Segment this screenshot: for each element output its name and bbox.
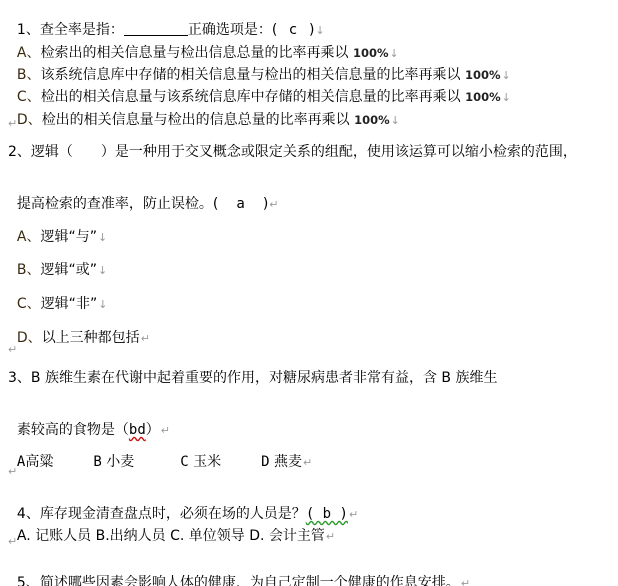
option-percent: 100% xyxy=(465,90,501,104)
paragraph-mark: ↵ xyxy=(349,508,358,521)
paragraph-mark: ↵ xyxy=(269,198,278,211)
line-break-mark: ↓ xyxy=(502,91,511,104)
option-letter: D、 xyxy=(17,330,42,346)
paragraph-mark: ↵ xyxy=(8,117,17,130)
paragraph-mark: ↵ xyxy=(141,332,150,345)
q5-stem: 5、简述哪些因素会影响人体的健康，为自己定制一个健康的作息安排。↵ xyxy=(8,556,470,586)
option-letter: C、 xyxy=(17,296,41,312)
option-letter: B、 xyxy=(17,262,41,278)
paragraph-mark: ↵ xyxy=(461,577,470,586)
q2-option-c: C、逻辑“非”↓ xyxy=(8,277,107,314)
option-letter: C xyxy=(180,454,188,470)
q2-answer: a xyxy=(236,196,244,212)
q2-option-d: D、以上三种都包括↵ xyxy=(8,311,150,348)
q2-close: ) xyxy=(263,196,268,212)
option-text: 逻辑“非” xyxy=(41,296,98,312)
option-text: 小麦 xyxy=(106,454,134,470)
option-text: 高粱 xyxy=(25,454,53,470)
q4-options-text: A. 记账人员 B.出纳人员 C. 单位领导 D. 会计主管 xyxy=(17,528,325,544)
paragraph-mark: ↵ xyxy=(8,343,17,356)
q2-stem-line1: 2、逻辑（ ）是一种用于交叉概念或限定关系的组配，使用该运算可以缩小检索的范围， xyxy=(8,143,577,161)
q1-option-d: D、检出的相关信息量与检出的信息总量的比率再乘以 100%↓ xyxy=(8,93,400,130)
paragraph-mark: ↵ xyxy=(326,530,335,543)
option-text: 燕麦 xyxy=(274,454,302,470)
option-letter: D、 xyxy=(17,112,42,128)
option-percent: 100% xyxy=(354,113,390,127)
q3-options: A高粱B 小麦C 玉米D 燕麦↵ xyxy=(8,435,312,472)
q3-stem-line1: 3、B 族维生素在代谢中起着重要的作用，对糖尿病患者非常有益，含 B 族维生 xyxy=(8,369,497,387)
paragraph-mark: ↵ xyxy=(8,465,17,478)
option-text: 以上三种都包括 xyxy=(42,330,140,346)
q4-options: A. 记账人员 B.出纳人员 C. 单位领导 D. 会计主管↵ xyxy=(8,509,335,546)
option-letter: D xyxy=(261,454,269,470)
q2-option-b: B、逻辑“或”↓ xyxy=(8,243,107,280)
q2-option-a: A、逻辑“与”↓ xyxy=(8,210,107,247)
paragraph-mark: ↵ xyxy=(8,535,17,548)
line-break-mark: ↓ xyxy=(391,114,400,127)
q5-stem-text: 5、简述哪些因素会影响人体的健康，为自己定制一个健康的作息安排。 xyxy=(17,575,460,586)
q2-stem-line2: 提高检索的查准率，防止误检。(a)↵ xyxy=(8,177,279,214)
option-text: 检出的相关信息量与检出的信息总量的比率再乘以 xyxy=(42,112,350,128)
option-text: 玉米 xyxy=(193,454,221,470)
paragraph-mark: ↵ xyxy=(303,456,312,469)
option-letter: B xyxy=(93,454,101,470)
option-text: 逻辑“或” xyxy=(41,262,98,278)
line-break-mark: ↓ xyxy=(98,264,107,277)
line-break-mark: ↓ xyxy=(98,298,107,311)
